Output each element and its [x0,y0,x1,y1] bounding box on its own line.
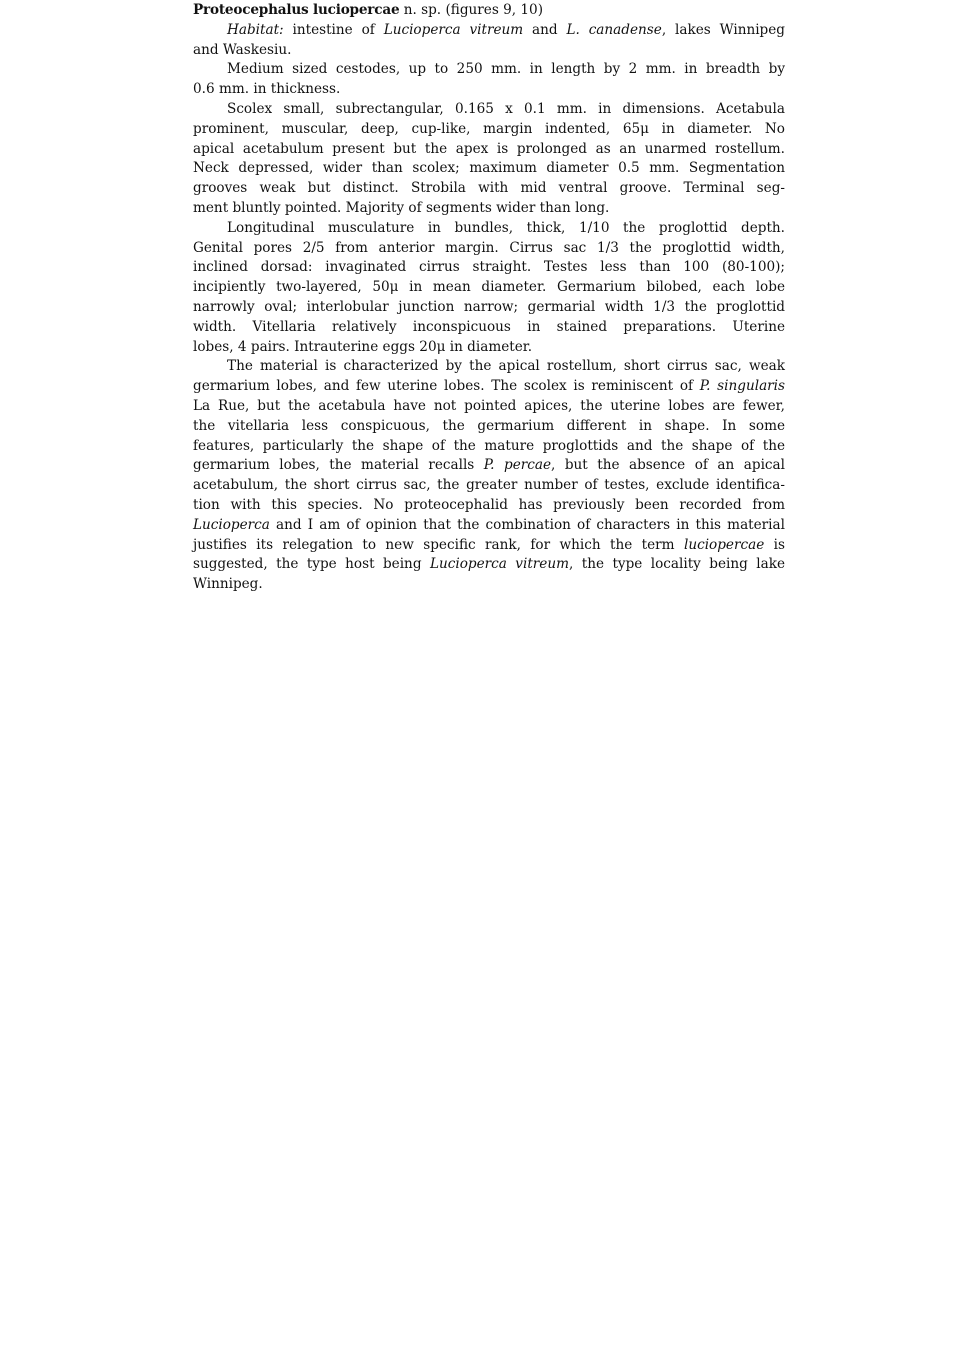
text-run: The material is characterized by the api… [227,358,785,374]
text-run: Neck depressed, wider than scolex; maxim… [193,160,785,176]
document-page: Proteocephalus luciopercae n. sp. (figur… [193,1,785,595]
text-run: Longitudinal musculature in bundles, thi… [227,220,785,236]
text-run: lobes, 4 pairs. Intrauterine eggs 20μ in… [193,339,532,355]
text-run: grooves weak but distinct. Strobila with… [193,180,785,196]
text-line: Neck depressed, wider than scolex; maxim… [193,159,785,179]
text-line: La Rue, but the acetabula have not point… [193,397,785,417]
text-run: justifies its relegation to new specific… [193,537,684,553]
text-line: features, particularly the shape of the … [193,437,785,457]
text-run: Medium sized cestodes, up to 250 mm. in … [227,61,785,77]
text-run: 0.6 mm. in thickness. [193,81,340,97]
text-line: narrowly oval; interlobular junction nar… [193,298,785,318]
text-run: apical acetabulum present but the apex i… [193,141,785,157]
text-line: width. Vitellaria relatively inconspicuo… [193,318,785,338]
text-line: prominent, muscular, deep, cup-like, mar… [193,120,785,140]
text-run: , lakes Winnipeg [662,22,785,38]
text-run: , but the absence of an apical [551,457,785,473]
italic-term: P. percae [484,457,551,473]
text-run: inclined dorsad: invaginated cirrus stra… [193,259,785,275]
paragraph-discussion: The material is characterized by the api… [193,357,785,595]
text-run: width. Vitellaria relatively inconspicuo… [193,319,785,335]
text-run: tion with this species. No proteocephali… [193,497,785,513]
text-run: suggested, the type host being [193,556,430,572]
species-heading: Proteocephalus luciopercae n. sp. (figur… [193,1,785,21]
text-line: ment bluntly pointed. Majority of segmen… [193,199,785,219]
species-heading-suffix: n. sp. (figures 9, 10) [399,2,543,18]
text-run: features, particularly the shape of the … [193,438,785,454]
text-run: and I am of opinion that the combination… [270,517,785,533]
text-line: grooves weak but distinct. Strobila with… [193,179,785,199]
text-line: acetabulum, the short cirrus sac, the gr… [193,476,785,496]
text-run: Winnipeg. [193,576,263,592]
text-line: and Waskesiu. [193,41,785,61]
text-run: , the type locality being lake [569,556,785,572]
italic-term: Lucioperca vitreum [384,22,523,38]
body-text: Habitat: intestine of Lucioperca vitreum… [193,21,785,595]
text-line: Winnipeg. [193,575,785,595]
text-line: Medium sized cestodes, up to 250 mm. in … [193,60,785,80]
text-line: The material is characterized by the api… [193,357,785,377]
text-line: 0.6 mm. in thickness. [193,80,785,100]
species-name: Proteocephalus luciopercae [193,2,399,18]
text-run: and [523,22,566,38]
paragraph-anatomy: Longitudinal musculature in bundles, thi… [193,219,785,358]
paragraph-size: Medium sized cestodes, up to 250 mm. in … [193,60,785,100]
text-line: Scolex small, subrectangular, 0.165 x 0.… [193,100,785,120]
italic-term: P. singularis [700,378,785,394]
italic-term: Habitat: [227,22,284,38]
text-line: incipiently two-layered, 50μ in mean dia… [193,278,785,298]
text-line: tion with this species. No proteocephali… [193,496,785,516]
text-line: germarium lobes, and few uterine lobes. … [193,377,785,397]
text-run: the vitellaria less conspicuous, the ger… [193,418,785,434]
text-run: La Rue, but the acetabula have not point… [193,398,785,414]
text-run: is [764,537,785,553]
text-line: suggested, the type host being Lucioperc… [193,555,785,575]
text-line: apical acetabulum present but the apex i… [193,140,785,160]
text-run: germarium lobes, the material recalls [193,457,484,473]
text-run: intestine of [284,22,384,38]
text-line: Habitat: intestine of Lucioperca vitreum… [193,21,785,41]
text-line: lobes, 4 pairs. Intrauterine eggs 20μ in… [193,338,785,358]
italic-term: luciopercae [684,537,764,553]
italic-term: Lucioperca [193,517,270,533]
text-line: justifies its relegation to new specific… [193,536,785,556]
text-run: germarium lobes, and few uterine lobes. … [193,378,700,394]
text-run: and Waskesiu. [193,42,291,58]
text-run: acetabulum, the short cirrus sac, the gr… [193,477,785,493]
paragraph-habitat: Habitat: intestine of Lucioperca vitreum… [193,21,785,61]
text-line: inclined dorsad: invaginated cirrus stra… [193,258,785,278]
text-run: Genital pores 2/5 from anterior margin. … [193,240,785,256]
paragraph-scolex: Scolex small, subrectangular, 0.165 x 0.… [193,100,785,219]
text-line: Longitudinal musculature in bundles, thi… [193,219,785,239]
text-run: prominent, muscular, deep, cup-like, mar… [193,121,785,137]
text-line: the vitellaria less conspicuous, the ger… [193,417,785,437]
text-run: ment bluntly pointed. Majority of segmen… [193,200,609,216]
italic-term: Lucioperca vitreum [430,556,569,572]
text-run: narrowly oval; interlobular junction nar… [193,299,785,315]
text-line: germarium lobes, the material recalls P.… [193,456,785,476]
text-line: Genital pores 2/5 from anterior margin. … [193,239,785,259]
italic-term: L. canadense [566,22,661,38]
text-run: Scolex small, subrectangular, 0.165 x 0.… [227,101,785,117]
text-run: incipiently two-layered, 50μ in mean dia… [193,279,785,295]
text-line: Lucioperca and I am of opinion that the … [193,516,785,536]
